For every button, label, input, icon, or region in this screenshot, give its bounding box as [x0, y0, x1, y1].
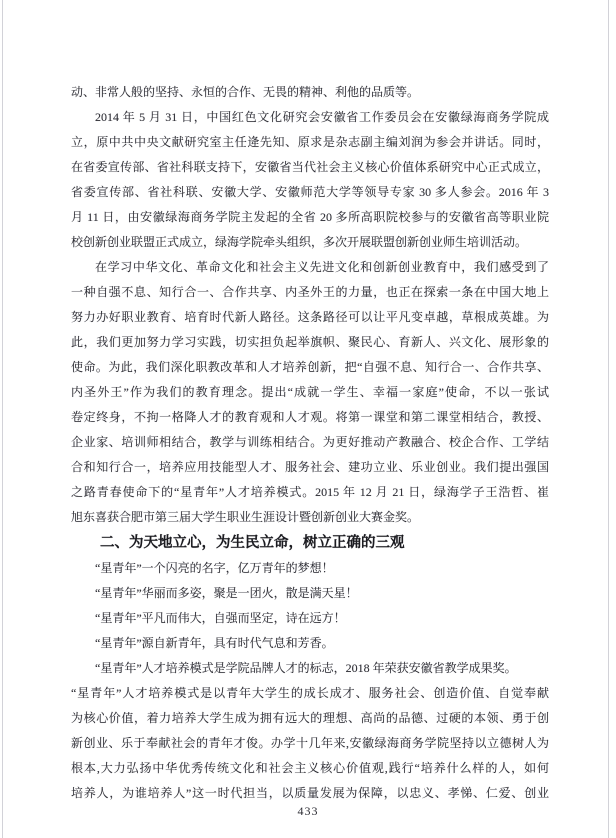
text-line: 在学习中华文化、革命文化和社会主义先进文化和创新创业教育中，我们感受到了 — [71, 255, 549, 280]
page-right-edge-line — [608, 0, 609, 838]
text-line: 旭东喜获合肥市第三届大学生职业生涯设计暨创新创业大赛金奖。 — [71, 505, 549, 530]
text-line: 动、非常人般的坚持、永恒的合作、无畏的精神、利他的品质等。 — [71, 80, 549, 105]
text-line: 月 11 日，由安徽绿海商务学院主发起的全省 20 多所高职院校参与的安徽省高等… — [71, 205, 549, 230]
text-line: 卷定终身，不拘一格降人才的教育观和人才观。将第一课堂和第二课堂相结合，教授、 — [71, 405, 549, 430]
section-heading: 二、为天地立心，为生民立命，树立正确的三观 — [71, 530, 549, 556]
text-line: 根本,大力弘扬中华优秀传统文化和社会主义核心价值观,践行“培养什么样的人，如何 — [71, 756, 549, 781]
page-number: 433 — [0, 800, 616, 822]
text-line: 之路青春使命下的“星青年”人才培养模式。2015 年 12 月 21 日，绿海学… — [71, 480, 549, 505]
text-line: 此，我们更加努力学习实践，切实担负起举旗帜、聚民心、育新人、兴文化、展形象的 — [71, 330, 549, 355]
text-line: “星青年”人才培养模式是以青年大学生的成长成才、服务社会、创造价值、自觉奉献 — [71, 681, 549, 706]
text-line: 一种自强不息、知行合一、合作共享、内圣外王的力量，也正在探索一条在中国大地上 — [71, 280, 549, 305]
text-line: “星青年”平凡而伟大，自强而坚定，诗在远方！ — [71, 606, 549, 631]
text-line: 企业家、培训师相结合，教学与训练相结合。为更好推动产教融合、校企合作、工学结 — [71, 430, 549, 455]
text-line: 使命。为此，我们深化职教改革和人才培养创新，把“自强不息、知行合一、合作共享、 — [71, 355, 549, 380]
text-line: “星青年”源自新青年，具有时代气息和芳香。 — [71, 631, 549, 656]
text-line: 新创业、乐于奉献社会的青年才俊。办学十几年来,安徽绿海商务学院坚持以立德树人为 — [71, 731, 549, 756]
text-line: 在省委宣传部、省社科联支持下，安徽省当代社会主义核心价值体系研究中心正式成立， — [71, 155, 549, 180]
text-line: 合和知行合一，培养应用技能型人才、服务社会、建功立业、乐业创业。我们提出强国 — [71, 455, 549, 480]
page-left-edge-line — [2, 0, 3, 838]
text-line: 2014 年 5 月 31 日，中国红色文化研究会安徽省工作委员会在安徽绿海商务… — [71, 105, 549, 130]
text-line: 内圣外王”作为我们的教育理念。提出“成就一学生、幸福一家庭”使命，不以一张试 — [71, 380, 549, 405]
text-line: 立，原中共中央文献研究室主任逄先知、原求是杂志副主编刘润为参会并讲话。同时， — [71, 130, 549, 155]
text-line: 校创新创业联盟正式成立，绿海学院牵头组织，多次开展联盟创新创业师生培训活动。 — [71, 230, 549, 255]
text-line: 努力办好职业教育、培育时代新人路径。这条路径可以让平凡变卓越，草根成英雄。为 — [71, 305, 549, 330]
text-line: “星青年”人才培养模式是学院品牌人才的标志，2018 年荣获安徽省教学成果奖。 — [71, 656, 549, 681]
text-line: “星青年”华丽而多姿，聚是一团火，散是满天星！ — [71, 581, 549, 606]
text-line: 为核心价值，着力培养大学生成为拥有远大的理想、高尚的品德、过硬的本领、勇于创 — [71, 706, 549, 731]
document-page: 动、非常人般的坚持、永恒的合作、无畏的精神、利他的品质等。2014 年 5 月 … — [0, 0, 616, 838]
text-line: 省委宣传部、省社科联、安徽大学、安徽师范大学等领导专家 30 多人参会。2016… — [71, 180, 549, 205]
document-content: 动、非常人般的坚持、永恒的合作、无畏的精神、利他的品质等。2014 年 5 月 … — [71, 80, 549, 806]
text-line: “星青年”一个闪亮的名字，亿万青年的梦想！ — [71, 556, 549, 581]
